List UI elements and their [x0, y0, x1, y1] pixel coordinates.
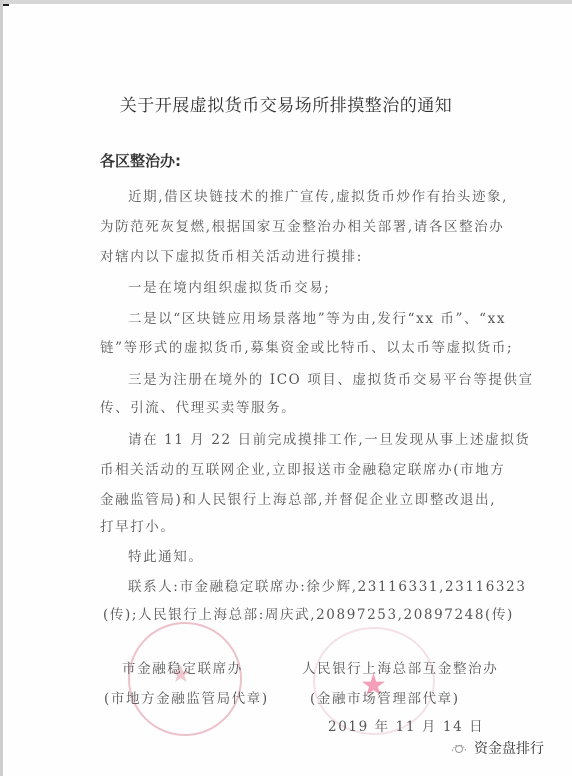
body-line: 金融监管局)和人民银行上海总部,并督促企业立即整改退出,	[100, 488, 496, 508]
body-line: 特此通知。	[128, 545, 204, 565]
signature-right-org: 人民银行上海总部互金整治办	[302, 657, 498, 677]
corner-mark	[3, 4, 9, 6]
body-line: 币相关活动的互联网企业,立即报送市金融稳定联席办(市地方	[100, 458, 505, 478]
body-line: 对辖内以下虚拟货币相关活动进行摸排:	[100, 245, 363, 265]
left-border	[0, 0, 3, 776]
document-date: 2019 年 11 月 14 日	[328, 715, 484, 735]
body-line: 三是为注册在境外的 ICO 项目、虚拟货币交易平台等提供宣	[128, 368, 534, 388]
top-border	[0, 0, 572, 4]
salutation: 各区整治办:	[100, 150, 181, 171]
wechat-channel-icon	[450, 741, 468, 755]
watermark: 资金盘排行	[450, 738, 544, 758]
signature-left-note: (市地方金融监管局代章)	[104, 687, 269, 707]
watermark-label: 资金盘排行	[474, 738, 544, 758]
body-line: 为防范死灰复燃,根据国家互金整治办相关部署,请各区整治办	[100, 215, 504, 235]
body-line: 传、引流、代理买卖等服务。	[100, 396, 296, 416]
contact-line: 联系人:市金融稳定联席办:徐少辉,23116331,23116323	[128, 575, 527, 595]
body-line: 二是以“区块链应用场景落地”等为由,发行“xx 币”、“xx	[128, 307, 506, 327]
body-line: 链”等形式的虚拟货币,募集资金或比特币、以太币等虚拟货币;	[100, 336, 513, 356]
body-line: 一是在境内组织虚拟货币交易;	[128, 276, 330, 296]
body-line: 请在 11 月 22 日前完成摸排工作,一旦发现从事上述虚拟货	[128, 428, 530, 448]
signature-left-org: 市金融稳定联席办	[122, 657, 243, 677]
body-line: 近期,借区块链技术的推广宣传,虚拟货币炒作有抬头迹象,	[128, 185, 508, 205]
body-line: 打早打小。	[100, 515, 176, 535]
document-title: 关于开展虚拟货币交易场所排摸整治的通知	[0, 91, 572, 116]
contact-line: (传);人民银行上海总部:周庆武,20897253,20897248(传)	[103, 603, 514, 623]
signature-right-note: (金融市场管理部代章)	[310, 687, 460, 707]
